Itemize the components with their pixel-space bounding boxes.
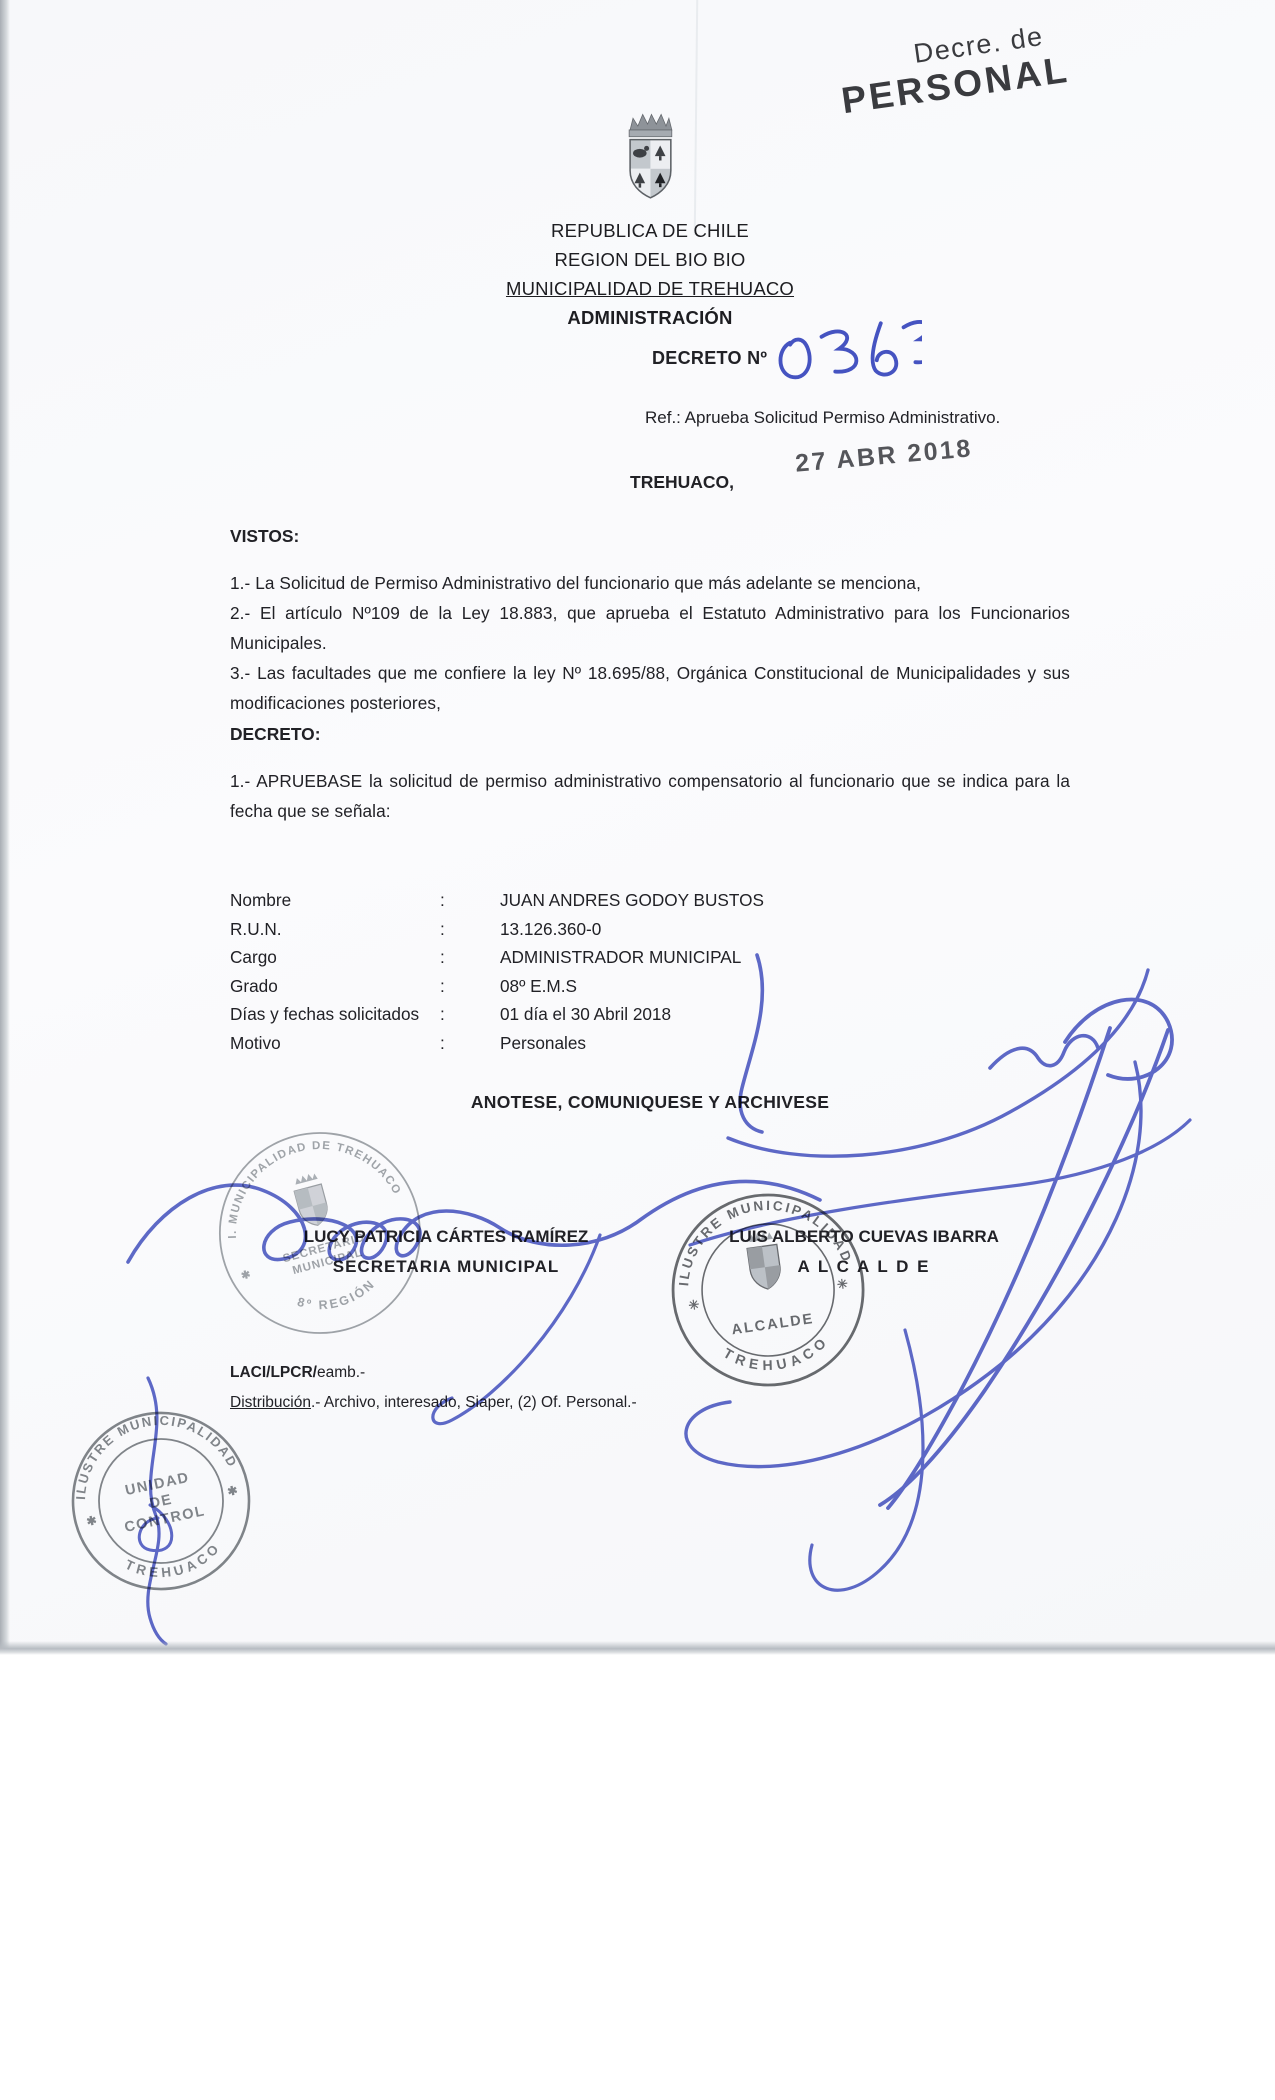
signature-ink-overlay — [0, 0, 1275, 2100]
scanned-document-page: Decre. de PERSONAL REPUBLICA DE CHILE RE… — [0, 0, 1275, 1652]
screenshot-root: Decre. de PERSONAL REPUBLICA DE CHILE RE… — [0, 0, 1275, 2100]
scan-bottom-shadow — [0, 1641, 1275, 1655]
